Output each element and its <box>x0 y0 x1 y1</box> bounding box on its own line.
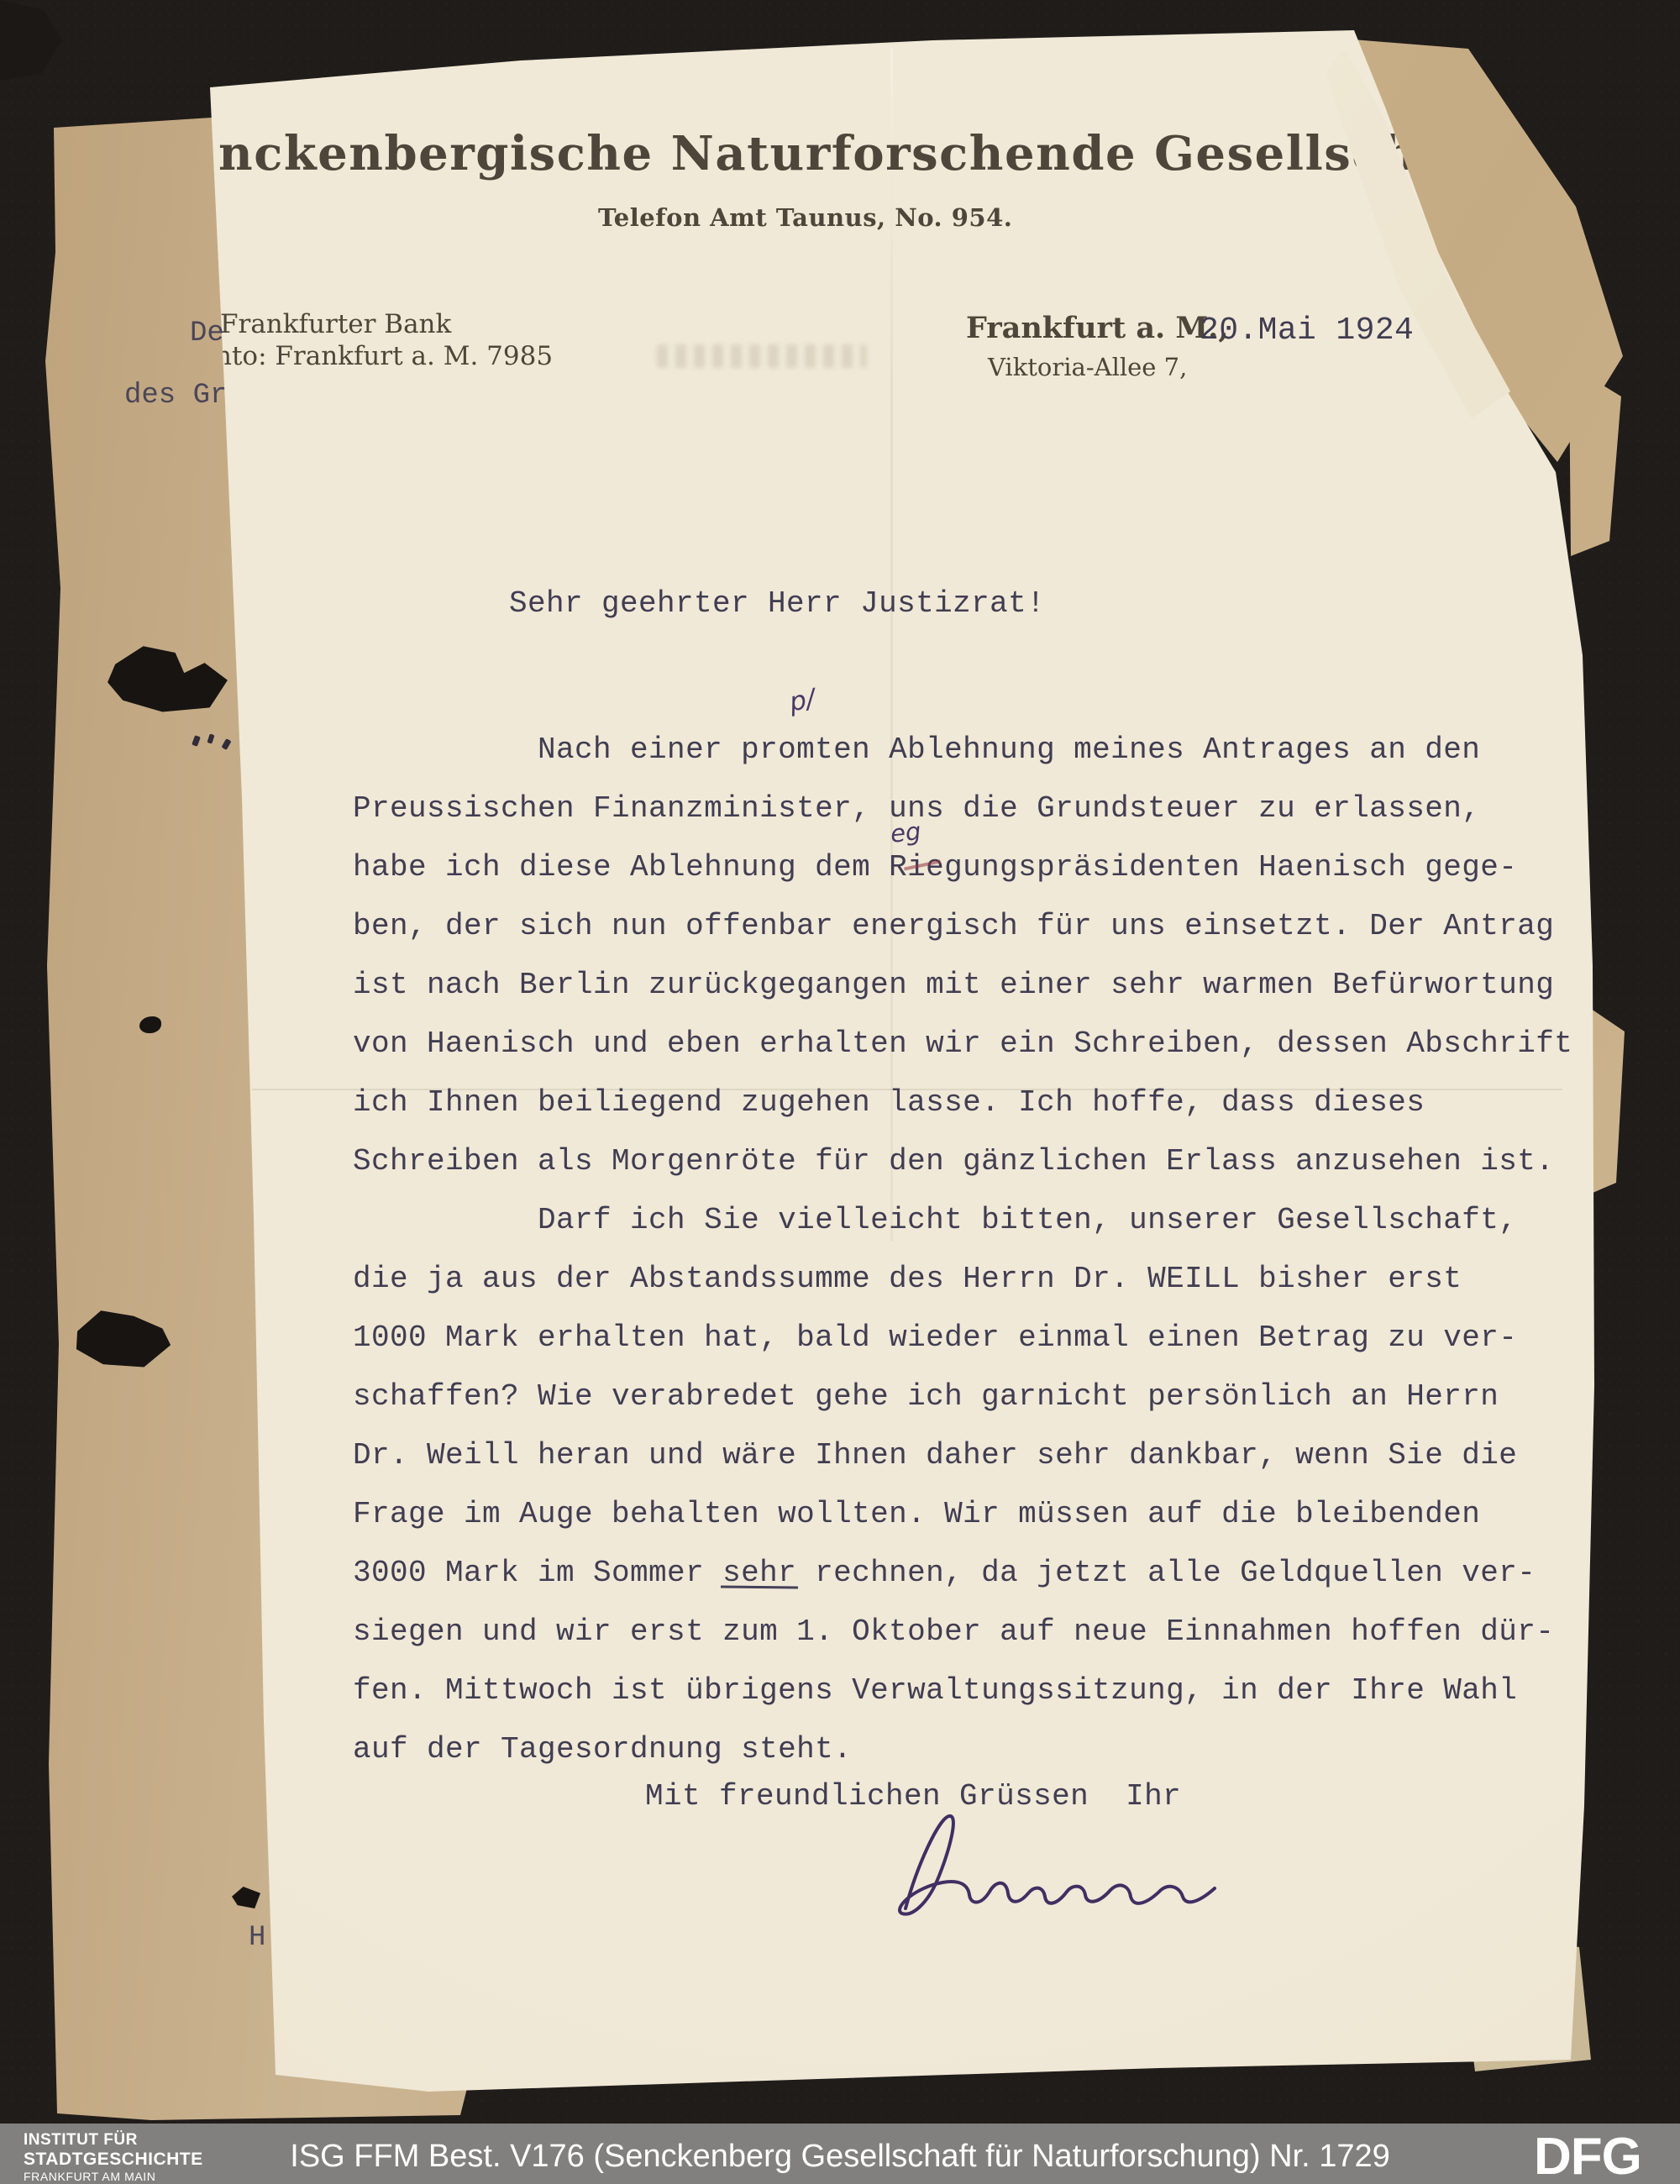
body-line: 3000 Mark im Sommer sehr rechnen, da jet… <box>353 1544 1613 1603</box>
body-line: 1000 Mark erhalten hat, bald wieder einm… <box>353 1309 1613 1368</box>
body-line: habe ich diese Ablehnung dem Riegungsprä… <box>353 838 1613 897</box>
body-line: die ja aus der Abstandssumme des Herrn D… <box>353 1250 1613 1309</box>
typed-fragment-de: De <box>190 318 224 349</box>
letterhead-bank-line2: nto: Frankfurt a. M. 7985 <box>215 341 553 371</box>
isg-logo-line3: FRANKFURT AM MAIN <box>24 2171 203 2182</box>
body-line: Darf ich Sie vielleicht bitten, unserer … <box>353 1191 1613 1250</box>
letter-body: Nach einer promten Ablehnung meines Antr… <box>353 721 1613 1779</box>
typed-fragment-des-gr: des Gr <box>124 380 227 412</box>
body-line: Schreiben als Morgenröte für den gänzlic… <box>353 1132 1613 1191</box>
letterhead-city: Frankfurt a. M., <box>966 311 1229 345</box>
signature-devermann <box>865 1806 1252 1924</box>
archive-caption: ISG FFM Best. V176 (Senckenberg Gesellsc… <box>290 2139 1389 2175</box>
body-line: Nach einer promten Ablehnung meines Antr… <box>353 721 1613 780</box>
body-line: von Haenisch und eben erhalten wir ein S… <box>353 1015 1613 1074</box>
archive-info-bar: INSTITUT FÜR STADTGESCHICHTE FRANKFURT A… <box>0 2124 1680 2184</box>
typed-fragment-h: H <box>249 1922 265 1954</box>
handwritten-insert-eg: eg <box>889 816 922 848</box>
body-line: siegen und wir erst zum 1. Oktober auf n… <box>353 1603 1613 1662</box>
letterhead-title: nckenbergische Naturforschende Gesellsch… <box>218 126 1494 181</box>
body-line: Dr. Weill heran und wäre Ihnen daher seh… <box>353 1426 1613 1485</box>
letterhead-phone-line: Telefon Amt Taunus, No. 954. <box>598 203 1012 232</box>
archival-scan-page: { "letterhead": { "title_visible": "ncke… <box>0 0 1680 2184</box>
typed-date: 20.Mai 1924 <box>1200 312 1414 349</box>
body-line: ist nach Berlin zurückgegangen mit einer… <box>353 956 1613 1015</box>
salutation: Sehr geehrter Herr Justizrat! <box>509 586 1045 621</box>
handwritten-insert-p: p/ <box>787 684 817 718</box>
body-line: ben, der sich nun offenbar energisch für… <box>353 897 1613 956</box>
letterhead-address: Viktoria-Allee 7, <box>988 353 1187 381</box>
isg-logo: INSTITUT FÜR STADTGESCHICHTE FRANKFURT A… <box>24 2132 203 2182</box>
letterhead-bank-line1: Frankfurter Bank <box>220 309 451 339</box>
body-line: auf der Tagesordnung steht. <box>353 1720 1613 1779</box>
torn-edge-notch <box>0 0 62 81</box>
body-line: fen. Mittwoch ist übrigens Verwaltungssi… <box>353 1662 1613 1720</box>
isg-logo-line2: STADTGESCHICHTE <box>24 2150 203 2168</box>
isg-logo-line1: INSTITUT FÜR <box>24 2132 203 2148</box>
body-line: schaffen? Wie verabredet gehe ich garnic… <box>353 1368 1613 1426</box>
ink-offset-smudge <box>657 344 867 368</box>
body-line: Frage im Auge behalten wollten. Wir müss… <box>353 1485 1613 1544</box>
dfg-logo: DFG <box>1534 2127 1641 2184</box>
body-line: Preussischen Finanzminister, uns die Gru… <box>353 780 1613 838</box>
body-line: ich Ihnen beiliegend zugehen lasse. Ich … <box>353 1074 1613 1132</box>
